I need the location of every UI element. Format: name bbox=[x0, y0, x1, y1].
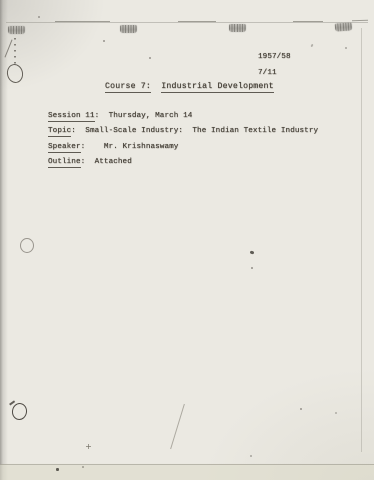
field-row-outline: Outline: Attached bbox=[48, 158, 132, 166]
top-line-dash bbox=[178, 21, 216, 22]
scanned-document-page: 1957/58 7/11 Course 7: Industrial Develo… bbox=[0, 0, 374, 480]
ink-speck bbox=[300, 408, 302, 410]
field-row-session: Session 11: Thursday, March 14 bbox=[48, 112, 192, 120]
ink-speck bbox=[149, 57, 151, 59]
ink-speck bbox=[250, 250, 255, 254]
ink-speck bbox=[250, 455, 252, 457]
top-line-dash bbox=[55, 21, 110, 22]
hole-punch-circled-dark bbox=[11, 402, 28, 421]
field-row-speaker: Speaker: Mr. Krishnaswamy bbox=[48, 143, 178, 151]
hole-punch bbox=[20, 238, 34, 253]
top-line-dash bbox=[293, 21, 323, 22]
field-value: Attached bbox=[85, 158, 132, 166]
header-page-code: 7/11 bbox=[258, 69, 277, 77]
ink-speck bbox=[345, 47, 347, 49]
field-label: Outline bbox=[48, 158, 81, 168]
field-value: Thursday, March 14 bbox=[99, 112, 192, 120]
stamp-mark-icon bbox=[229, 24, 246, 32]
ink-speck bbox=[56, 468, 59, 471]
ink-speck bbox=[38, 16, 40, 18]
pen-dotted-line bbox=[14, 38, 16, 64]
stamp-mark-icon bbox=[335, 22, 353, 31]
ink-speck bbox=[335, 412, 337, 414]
course-label: Course 7: bbox=[105, 82, 151, 93]
stamp-mark-icon bbox=[8, 26, 25, 34]
field-row-topic: Topic: Small-Scale Industry: The Indian … bbox=[48, 127, 318, 135]
ink-speck bbox=[251, 267, 253, 269]
plus-pen-mark bbox=[86, 444, 91, 449]
course-name: Industrial Development bbox=[161, 82, 274, 93]
field-label: Topic bbox=[48, 127, 71, 137]
ink-speck bbox=[103, 40, 105, 42]
header-year-code: 1957/58 bbox=[258, 53, 291, 61]
field-label: Session 11 bbox=[48, 112, 95, 122]
hole-punch-circled bbox=[5, 63, 25, 85]
pencil-slash-mark bbox=[170, 404, 185, 449]
pen-slash-mark bbox=[4, 39, 12, 57]
ink-speck bbox=[310, 44, 313, 48]
field-value: Small-Scale Industry: The Indian Textile… bbox=[76, 127, 318, 135]
field-label: Speaker bbox=[48, 143, 81, 153]
page-title: Course 7: Industrial Development bbox=[105, 83, 274, 91]
ink-speck bbox=[82, 466, 84, 468]
title-gap bbox=[151, 82, 161, 91]
field-value: Mr. Krishnaswamy bbox=[85, 143, 178, 151]
right-edge-scan-line bbox=[361, 28, 362, 452]
stamp-mark-icon bbox=[120, 25, 137, 33]
